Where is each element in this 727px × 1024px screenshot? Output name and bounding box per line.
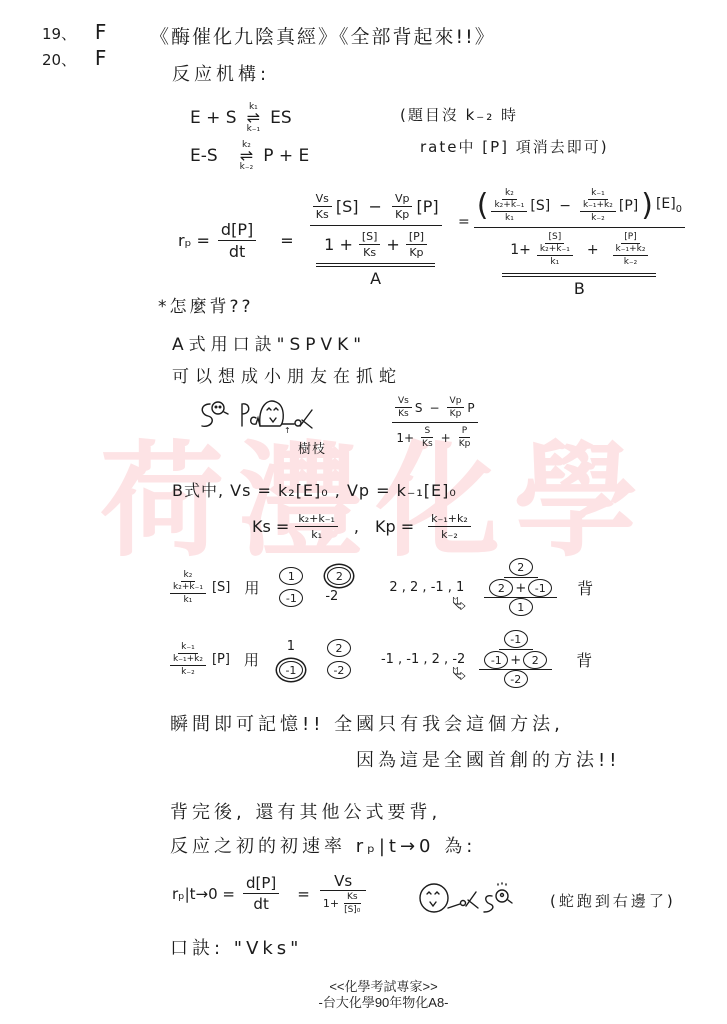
- answer-number: 20、: [42, 51, 76, 69]
- k-back: k₋₁: [247, 124, 261, 134]
- initial-rate-fraction: Vs 1+ Ks [S]₀: [320, 872, 367, 915]
- page-title: 《酶催化九陰真經》《全部背起來!!》: [150, 22, 496, 49]
- equals-sign: =: [280, 231, 293, 250]
- numerator: k₋₁: [178, 642, 198, 654]
- numerator: k₋₁: [588, 188, 608, 200]
- rate-lhs: rₚ =: [178, 231, 210, 250]
- result-denominator: -2: [502, 670, 530, 688]
- term: 1+: [510, 242, 531, 258]
- mini-fraction: Vs Ks S − Vp Kp P 1+ S Ks + P: [392, 396, 478, 449]
- numerator: d[P]: [243, 874, 279, 894]
- note-line-2: rate中 [P] 項消去即可): [420, 136, 609, 157]
- numerator: [P]: [621, 232, 639, 244]
- mechanism-step-1: E + S k₁ ⇌ k₋₁ ES: [190, 102, 292, 134]
- denominator: k₁: [181, 594, 196, 605]
- form-b-denominator: 1+ [S] k₂+k₋₁ k₁ + [P] k₋₁+k₂: [502, 228, 656, 277]
- numerator: k₂: [181, 570, 196, 582]
- curved-arrow-icon: ⮱: [452, 664, 466, 685]
- k-back: k₋₂: [240, 162, 254, 172]
- step1-reactants: E + S: [190, 108, 237, 128]
- term: [P]: [416, 197, 438, 216]
- p-kp: [P] Kp: [406, 230, 427, 259]
- arrow-up-icon: ↑: [284, 426, 291, 435]
- term: 1 +: [324, 235, 353, 254]
- rate-equation: rₚ = d[P] dt = Vs Ks [S] − Vp Kp [P]: [178, 192, 442, 288]
- numerator: Vs: [313, 192, 332, 207]
- k2-over-ks: k₂ k₂+k₋₁ k₁: [491, 188, 527, 223]
- kp-fraction: k₋₁+k₂ k₋₂: [428, 512, 471, 541]
- result-middle: -1 + 2: [479, 650, 552, 670]
- mnemonic-vks: 口訣: "Vks": [170, 934, 302, 960]
- denominator: Ks: [360, 245, 379, 259]
- denominator: k₁: [547, 256, 562, 267]
- minus-sign: −: [429, 401, 439, 415]
- term: [S]: [212, 580, 230, 595]
- numerator: S: [421, 426, 433, 438]
- circled-number: -1: [528, 579, 552, 597]
- circled-number: -2: [327, 661, 351, 679]
- separator: ,: [354, 517, 359, 536]
- mechanism-label: 反应机構:: [172, 60, 270, 86]
- kid-stick-snake-drawing: [418, 880, 538, 920]
- circled-number: -1: [279, 589, 303, 607]
- dp-dt-fraction: d[P] dt: [218, 220, 256, 261]
- result-middle: 2 + -1: [484, 578, 557, 598]
- curved-arrow-icon: ⮱: [452, 594, 466, 615]
- footer-source: -台大化學90年物化A8-: [20, 992, 727, 1011]
- enzyme-term: [E]0: [656, 196, 682, 215]
- numerator: k₂+k₋₁: [295, 512, 338, 527]
- denominator: k₋₁+k₂ k₋₂: [613, 244, 649, 267]
- step2-products: P + E: [263, 146, 309, 166]
- plain-number: 1: [277, 639, 305, 657]
- plus-sign: +: [386, 235, 399, 254]
- use-label: 用: [244, 577, 259, 598]
- initial-rate-line-1: 背完後, 還有其他公式要背,: [170, 798, 441, 824]
- denominator: k₋₁+k₂ k₋₂: [170, 654, 206, 677]
- arrow-glyph: ⇌: [240, 150, 253, 162]
- circled-number: -1: [484, 651, 508, 669]
- circled-number: 2: [327, 639, 351, 657]
- kid-catching-snake-drawing: ↑: [198, 396, 378, 456]
- circle-diagram: 1 2 -1 -2: [277, 639, 353, 679]
- numerator: k₋₁+k₂: [580, 200, 616, 212]
- denominator: Ks: [395, 408, 412, 419]
- memorize-line-1: A式用口訣"SPVK": [172, 330, 366, 355]
- numerator: d[P]: [218, 220, 256, 241]
- rate-lhs: rₚ|t→0 =: [172, 885, 235, 903]
- ks-fraction: k₂+k₋₁ k₁: [537, 244, 573, 267]
- result-fraction: 2 2 + -1 1: [484, 558, 557, 616]
- mini-numerator: Vs Ks S − Vp Kp P: [392, 396, 478, 423]
- numerator: k₂+k₋₁: [491, 200, 527, 212]
- numerator: Vs: [395, 396, 412, 408]
- denominator: k₋₁+k₂ k₋₂: [580, 200, 616, 223]
- denominator: dt: [250, 894, 271, 913]
- vs-ks: Vs Ks: [313, 192, 332, 221]
- ks-kp-definitions: Ks = k₂+k₋₁ k₁ , Kp = k₋₁+k₂ k₋₂: [252, 512, 471, 541]
- ks-term-fraction: k₂ k₂+k₋₁ k₁: [170, 570, 206, 605]
- numerator: [P]: [406, 230, 427, 245]
- answer-value: F: [95, 46, 107, 70]
- p-kp: P Kp: [456, 426, 474, 449]
- spvk-mini-formula: Vs Ks S − Vp Kp P 1+ S Ks + P: [392, 396, 478, 449]
- form-a-fraction: Vs Ks [S] − Vp Kp [P] 1 + [S] Ks +: [310, 192, 442, 288]
- term: 1+: [396, 431, 414, 445]
- open-paren: (: [477, 188, 489, 223]
- denominator: Ks: [419, 438, 436, 449]
- circled-number: 2: [327, 567, 351, 585]
- form-a-label: A: [370, 269, 381, 288]
- vs-ks: Vs Ks: [395, 396, 412, 419]
- kid-snake-icon: [418, 880, 538, 920]
- kp-fraction: k₋₁+k₂ k₋₂: [580, 200, 616, 223]
- step2-reactants: E-S: [190, 146, 218, 166]
- numerator: Ks: [344, 892, 361, 904]
- ks-label: Ks =: [252, 517, 289, 536]
- kp-term-fraction: k₋₁ k₋₁+k₂ k₋₂: [170, 642, 206, 677]
- arrow-glyph: ⇌: [247, 112, 260, 124]
- kp-fraction: k₋₁+k₂ k₋₂: [170, 654, 206, 677]
- term: [P]: [619, 198, 638, 214]
- b-form-line: B式中, Vs = k₂[E]₀ , Vp = k₋₁[E]₀: [172, 478, 457, 501]
- minus-sign: −: [369, 197, 382, 216]
- use-label: 用: [244, 649, 259, 670]
- dp-dt-fraction: d[P] dt: [243, 874, 279, 913]
- plus-sign: +: [587, 242, 599, 258]
- page-content: 19、 F 20、 F 《酶催化九陰真經》《全部背起來!!》 反应机構: E +…: [0, 0, 727, 1024]
- term: 1+: [323, 897, 339, 910]
- kp-fraction: k₋₁+k₂ k₋₂: [613, 244, 649, 267]
- ks-fraction: k₂+k₋₁ k₁: [491, 200, 527, 223]
- form-b: = ( k₂ k₂+k₋₁ k₁ [S] − k₋₁: [458, 188, 685, 298]
- form-b-fraction: ( k₂ k₂+k₋₁ k₁ [S] − k₋₁: [474, 188, 685, 298]
- denominator: k₋₂: [438, 527, 461, 541]
- answer-20: 20、 F: [42, 46, 106, 70]
- form-a-denominator: 1 + [S] Ks + [P] Kp: [316, 226, 435, 267]
- answer-value: F: [95, 20, 107, 44]
- mechanism-step-2: E-S k₂ ⇌ k₋₂ P + E: [190, 140, 309, 172]
- mnemonic-row-1: k₂ k₂+k₋₁ k₁ [S] 用 1 2 -1 -2 2 , 2 , -1 …: [170, 558, 593, 616]
- numerator: Vp: [447, 396, 465, 408]
- denominator: [S]₀: [341, 904, 363, 915]
- denominator: k₂+k₋₁ k₁: [170, 582, 206, 605]
- plus-sign: +: [441, 431, 451, 445]
- denominator: Kp: [406, 245, 426, 259]
- denominator: k₋₂: [588, 212, 608, 223]
- close-paren: ): [641, 188, 653, 223]
- denominator: k₂+k₋₁ k₁: [491, 200, 527, 223]
- numerator: k₋₁+k₂: [428, 512, 471, 527]
- kp-label: Kp =: [375, 517, 414, 536]
- denominator: Kp: [456, 438, 474, 449]
- vp-kp: Vp Kp: [447, 396, 465, 419]
- boast-line-2: 因為這是全國首創的方法!!: [356, 746, 620, 772]
- denominator: dt: [226, 241, 248, 261]
- circled-number: -2: [504, 670, 528, 688]
- vp-kp: Vp Kp: [392, 192, 413, 221]
- denominator: Ks: [313, 207, 332, 221]
- numerator: [S]: [359, 230, 381, 245]
- denominator: Kp: [447, 408, 465, 419]
- denominator: k₁: [502, 212, 517, 223]
- circled-number: 2: [509, 558, 533, 576]
- numerator: k₋₁+k₂: [170, 654, 206, 666]
- circled-number: -1: [504, 630, 528, 648]
- initial-rate-line-2: 反应之初的初速率 rₚ|t→0 為:: [170, 832, 476, 858]
- denominator: 1+ Ks [S]₀: [320, 891, 367, 915]
- step1-products: ES: [270, 108, 292, 128]
- numerator: k₂: [502, 188, 517, 200]
- initial-rate-equation: rₚ|t→0 = d[P] dt = Vs 1+ Ks [S]₀: [172, 872, 366, 915]
- ks-over-s0: Ks [S]₀: [341, 892, 363, 915]
- sequence: 2 , 2 , -1 , 1: [389, 580, 464, 595]
- answer-number: 19、: [42, 25, 76, 43]
- term: [S]: [336, 197, 359, 216]
- memorize-heading: *怎麼背??: [158, 292, 254, 317]
- numerator: k₋₁+k₂: [613, 244, 649, 256]
- p-over-kp: [P] k₋₁+k₂ k₋₂: [613, 232, 649, 267]
- plus-sign: +: [510, 653, 521, 668]
- circled-number: 1: [509, 598, 533, 616]
- snake-note: (蛇跑到右邊了): [550, 890, 676, 911]
- k-1-over-kp: k₋₁ k₋₁+k₂ k₋₂: [580, 188, 616, 223]
- note-line-1: (題目沒 k₋₂ 時: [400, 104, 518, 125]
- circled-number: 1: [279, 567, 303, 585]
- circled-number: 2: [523, 651, 547, 669]
- numerator: k₂+k₋₁: [537, 244, 573, 256]
- denominator: k₂+k₋₁ k₁: [537, 244, 573, 267]
- equals-sign: =: [297, 885, 310, 903]
- denominator: Kp: [392, 207, 412, 221]
- ks-fraction: k₂+k₋₁ k₁: [170, 582, 206, 605]
- numerator: P: [459, 426, 470, 438]
- term: [P]: [212, 652, 230, 667]
- form-a-numerator: Vs Ks [S] − Vp Kp [P]: [310, 192, 442, 226]
- denominator: k₋₂: [621, 256, 641, 267]
- drawing-caption: 樹枝: [298, 438, 326, 457]
- term: S: [415, 401, 423, 415]
- mnemonic-row-2: k₋₁ k₋₁+k₂ k₋₂ [P] 用 1 2 -1 -2 -1 , -1 ,…: [170, 630, 592, 688]
- circled-number: 2: [489, 579, 513, 597]
- minus-sign: −: [559, 198, 571, 214]
- ks-fraction: k₂+k₋₁ k₁: [295, 512, 338, 541]
- numerator: Vp: [392, 192, 413, 207]
- term: P: [467, 401, 474, 415]
- action-label: 背: [577, 576, 593, 599]
- denominator: k₁: [308, 527, 325, 541]
- numerator: k₂+k₋₁: [170, 582, 206, 594]
- result-numerator: -1: [499, 630, 533, 650]
- denominator: k₋₂: [178, 666, 198, 677]
- circle-diagram: 1 2 -1 -2: [277, 567, 353, 607]
- boast-line-1: 瞬間即可記憶!! 全國只有我会這個方法,: [170, 710, 564, 736]
- answer-19: 19、 F: [42, 20, 106, 44]
- equilibrium-arrow-icon: k₂ ⇌ k₋₂: [240, 140, 254, 172]
- numerator: Vs: [320, 872, 366, 891]
- form-b-label: B: [574, 279, 585, 298]
- result-fraction: -1 -1 + 2 -2: [479, 630, 552, 688]
- numerator: [S]: [545, 232, 564, 244]
- equilibrium-arrow-icon: k₁ ⇌ k₋₁: [247, 102, 261, 134]
- form-b-numerator: ( k₂ k₂+k₋₁ k₁ [S] − k₋₁: [474, 188, 685, 228]
- mini-denominator: 1+ S Ks + P Kp: [393, 423, 476, 449]
- s-ks: S Ks: [419, 426, 436, 449]
- s-over-ks: [S] k₂+k₋₁ k₁: [537, 232, 573, 267]
- circled-number: -1: [279, 661, 303, 679]
- plus-sign: +: [515, 581, 526, 596]
- memorize-line-2: 可以想成小朋友在抓蛇: [172, 362, 402, 387]
- plain-number: -2: [325, 589, 353, 607]
- result-numerator: 2: [504, 558, 538, 578]
- equals-sign: =: [458, 214, 470, 230]
- action-label: 背: [576, 648, 592, 671]
- s-ks: [S] Ks: [359, 230, 381, 259]
- term: [S]: [530, 198, 550, 214]
- result-denominator: 1: [507, 598, 535, 616]
